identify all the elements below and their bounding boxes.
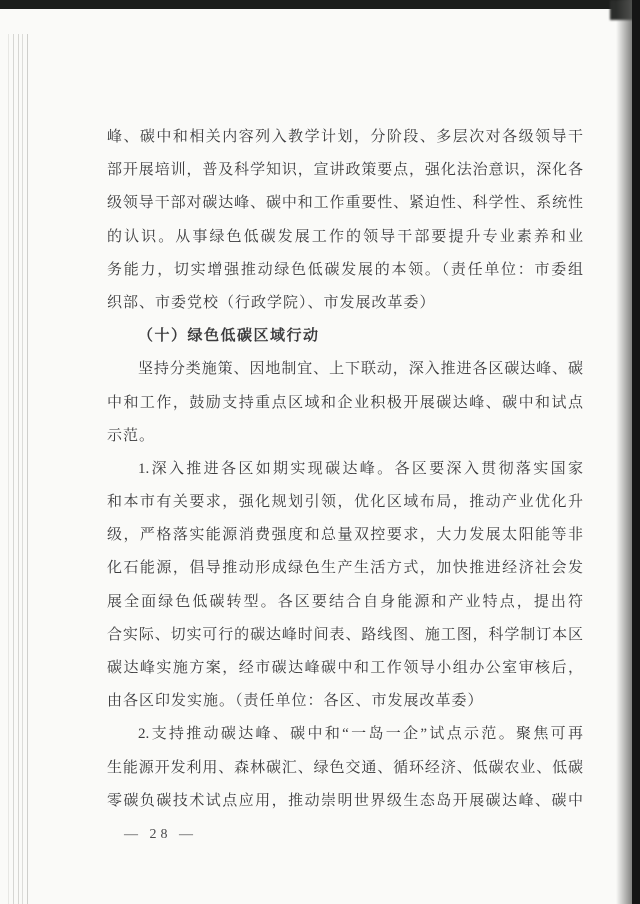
page-stack-edge-line	[13, 34, 14, 904]
text-line: 务能力，切实增强推动绿色低碳发展的本领。（责任单位：市委组	[107, 254, 583, 287]
text-line: 碳达峰实施方案，经市碳达峰碳中和工作领导小组办公室审核后，	[107, 652, 583, 685]
text-line: 织部、市委党校（行政学院）、市发展改革委）	[107, 287, 583, 320]
text-line: 中和工作，鼓励支持重点区域和企业积极开展碳达峰、碳中和试点	[107, 387, 583, 420]
text-line: 1.深入推进各区如期实现碳达峰。各区要深入贯彻落实国家	[107, 453, 583, 486]
page-stack-edge-line	[27, 34, 28, 904]
scan-edge-top	[0, 0, 640, 9]
document-text-block: 峰、碳中和相关内容列入教学计划，分阶段、多层次对各级领导干部开展培训，普及科学知…	[107, 121, 583, 818]
text-line: 2.支持推动碳达峰、碳中和“一岛一企”试点示范。聚焦可再	[107, 718, 583, 751]
page-stack-edge-line	[18, 34, 19, 904]
text-line: 合实际、切实可行的碳达峰时间表、路线图、施工图，科学制订本区	[107, 619, 583, 652]
text-line: 级领导干部对碳达峰、碳中和工作重要性、紧迫性、科学性、系统性	[107, 187, 583, 220]
text-line: 峰、碳中和相关内容列入教学计划，分阶段、多层次对各级领导干	[107, 121, 583, 154]
text-line: 坚持分类施策、因地制宜、上下联动，深入推进各区碳达峰、碳	[107, 353, 583, 386]
text-line: 化石能源，倡导推动形成绿色生产生活方式，加快推进经济社会发	[107, 552, 583, 585]
text-line: 的认识。从事绿色低碳发展工作的领导干部要提升专业素养和业	[107, 221, 583, 254]
scan-edge-right-shadow	[616, 0, 632, 904]
text-line: 级，严格落实能源消费强度和总量双控要求，大力发展太阳能等非	[107, 519, 583, 552]
page-stack-edge-line	[22, 34, 23, 904]
section-heading: （十）绿色低碳区域行动	[107, 320, 583, 353]
text-line: 由各区印发实施。（责任单位：各区、市发展改革委）	[107, 685, 583, 718]
scan-edge-right	[632, 0, 640, 904]
page-number: — 28 —	[124, 824, 197, 846]
text-line: 示范。	[107, 420, 583, 453]
text-line: 部开展培训，普及科学知识，宣讲政策要点，强化法治意识，深化各	[107, 154, 583, 187]
text-line: 展全面绿色低碳转型。各区要结合自身能源和产业特点，提出符	[107, 586, 583, 619]
page-stack-edge-line	[8, 34, 9, 904]
text-line: 和本市有关要求，强化规划引领，优化区域布局，推动产业优化升	[107, 486, 583, 519]
scanned-document-page: 峰、碳中和相关内容列入教学计划，分阶段、多层次对各级领导干部开展培训，普及科学知…	[0, 0, 640, 904]
text-line: 生能源开发利用、森林碳汇、绿色交通、循环经济、低碳农业、低碳	[107, 752, 583, 785]
text-line: 零碳负碳技术试点应用，推动崇明世界级生态岛开展碳达峰、碳中	[107, 785, 583, 818]
